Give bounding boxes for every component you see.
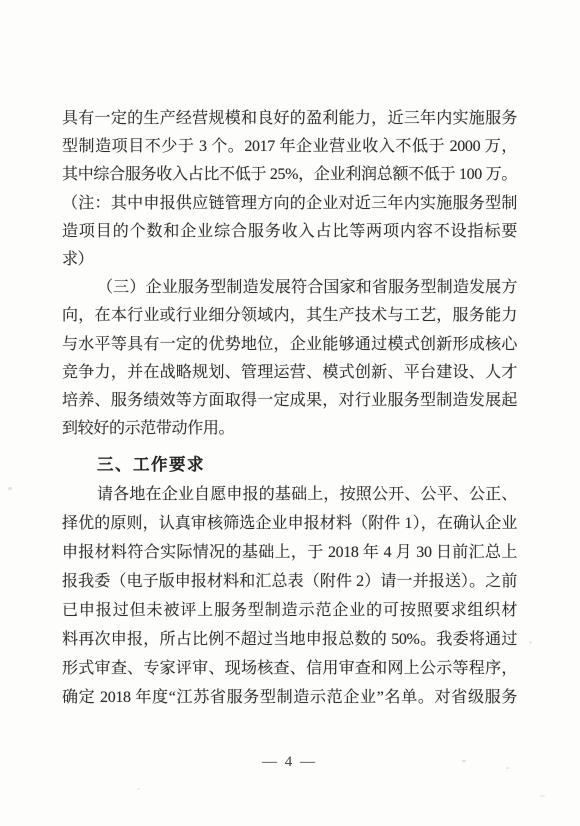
text-line: 报我委（电子版申报材料和汇总表（附件 2）请一并报送）。之前	[62, 567, 517, 596]
text-line: 型制造项目不少于 3 个。2017 年企业营业收入不低于 2000 万，	[62, 133, 517, 161]
scan-speck	[529, 641, 532, 644]
text-line: 向，在本行业或行业细分领域内，其生产技术与工艺，服务能力	[62, 302, 517, 330]
text-line: 培养、服务绩效等方面取得一定成果，对行业服务型制造发展起	[62, 387, 517, 415]
text-line: 到较好的示范带动作用。	[62, 415, 517, 443]
text-line: 确定 2018 年度“江苏省服务型制造示范企业”名单。对省级服务	[62, 683, 517, 712]
text-line: 造项目的个数和企业综合服务收入占比等两项内容不设指标要	[62, 218, 517, 246]
scan-speck	[137, 788, 140, 790]
page-number: — 4 —	[262, 754, 317, 770]
text-line: 请各地在企业自愿申报的基础上，按照公开、公平、公正、	[62, 480, 517, 509]
text-line: 求）	[62, 246, 517, 274]
text-line: 料再次申报，所占比例不超过当地申报总数的 50%。我委将通过	[62, 625, 517, 654]
document-body: 具有一定的生产经营规模和良好的盈利能力，近三年内实施服务型制造项目不少于 3 个…	[62, 105, 517, 712]
scan-speck	[8, 487, 12, 490]
text-line: 择优的原则，认真审核筛选企业申报材料（附件 1），在确认企业	[62, 509, 517, 538]
text-line: 其中综合服务收入占比不低于 25%，企业利润总额不低于 100 万。	[62, 161, 517, 189]
text-line: 申报材料符合实际情况的基础上，于 2018 年 4 月 30 日前汇总上	[62, 538, 517, 567]
scan-speck	[540, 795, 545, 797]
text-line: 竞争力，并在战略规划、管理运营、模式创新、平台建设、人才	[62, 359, 517, 387]
text-line: 与水平等具有一定的优势地位，企业能够通过模式创新形成核心	[62, 331, 517, 359]
text-line: 已申报过但未被评上服务型制造示范企业的可按照要求组织材	[62, 596, 517, 625]
section-heading: 三、工作要求	[62, 451, 517, 479]
text-line: （三）企业服务型制造发展符合国家和省服务型制造发展方	[62, 274, 517, 302]
text-line: 形式审查、专家评审、现场核查、信用审查和网上公示等程序，	[62, 654, 517, 683]
scanned-document-page: 具有一定的生产经营规模和良好的盈利能力，近三年内实施服务型制造项目不少于 3 个…	[0, 0, 580, 826]
text-line: 具有一定的生产经营规模和良好的盈利能力，近三年内实施服务	[62, 105, 517, 133]
page-footer: — 4 —	[62, 752, 517, 773]
text-line: （注：其中申报供应链管理方向的企业对近三年内实施服务型制	[62, 190, 517, 218]
